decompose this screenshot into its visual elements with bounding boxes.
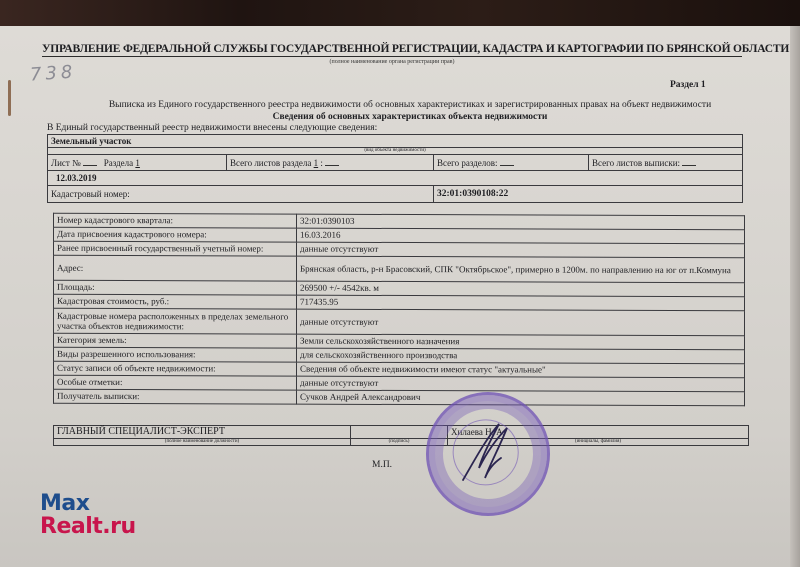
sheet-label: Лист № bbox=[51, 158, 81, 168]
row-label: Площадь: bbox=[54, 280, 297, 295]
row-value: Сведения об объекте недвижимости имеют с… bbox=[297, 362, 745, 378]
extract-title: Выписка из Единого государственного реес… bbox=[60, 100, 760, 110]
row-label: Ранее присвоенный государственный учетны… bbox=[54, 241, 297, 256]
official-position: ГЛАВНЫЙ СПЕЦИАЛИСТ-ЭКСПЕРТ bbox=[54, 426, 351, 439]
table-row: Адрес: Брянская область, р-н Брасовский,… bbox=[54, 255, 745, 282]
signoff-table: ГЛАВНЫЙ СПЕЦИАЛИСТ-ЭКСПЕРТ Хилаева Н. А.… bbox=[53, 425, 749, 446]
position-caption: (полное наименование должности) bbox=[54, 439, 351, 446]
watermark-line-2: Realt.ru bbox=[40, 515, 136, 538]
row-label: Номер кадастрового квартала: bbox=[54, 213, 297, 228]
total-sheets-section-cell: Всего листов раздела 1 : bbox=[227, 155, 434, 171]
object-type-caption: (вид объекта недвижимости) bbox=[48, 148, 743, 155]
total-sheets-section-value: 1 bbox=[314, 158, 319, 168]
staple-icon bbox=[8, 80, 11, 116]
section-number-label: Раздела bbox=[104, 158, 133, 168]
document-edge bbox=[790, 26, 800, 567]
cadastral-number-value: 32:01:0390108:22 bbox=[434, 186, 743, 203]
seal-placeholder-label: М.П. bbox=[372, 460, 392, 470]
details-table: Номер кадастрового квартала: 32:01:03901… bbox=[53, 213, 745, 406]
row-label: Категория земель: bbox=[54, 333, 297, 348]
total-sheets-section-label: Всего листов раздела bbox=[230, 158, 311, 168]
row-value: для сельскохозяйственного производства bbox=[297, 348, 745, 364]
watermark-logo: Max Realt.ru bbox=[40, 492, 136, 538]
extract-subtitle: Сведения об основных характеристиках объ… bbox=[60, 112, 760, 122]
section-label: Раздел 1 bbox=[670, 80, 706, 90]
cadastral-number-label: Кадастровый номер: bbox=[48, 186, 434, 203]
row-value: 717435.95 bbox=[297, 295, 745, 311]
row-label: Статус записи об объекте недвижимости: bbox=[54, 361, 297, 376]
row-label: Дата присвоения кадастрового номера: bbox=[54, 227, 297, 242]
row-value: Земли сельскохозяйственного назначения bbox=[297, 334, 745, 350]
handwritten-note: 738 bbox=[29, 61, 77, 85]
sheet-number-cell: Лист № Раздела 1 bbox=[48, 155, 227, 171]
row-value: 269500 +/- 4542кв. м bbox=[297, 281, 745, 297]
row-value: 32:01:0390103 bbox=[297, 214, 745, 230]
row-value: данные отсутствуют bbox=[297, 309, 745, 336]
table-row: Получатель выписки: Сучков Андрей Алекса… bbox=[54, 389, 745, 405]
agency-caption: (полное наименование органа регистрации … bbox=[42, 59, 742, 65]
intro-text: В Единый государственный реестр недвижим… bbox=[47, 123, 377, 133]
row-value: 16.03.2016 bbox=[297, 228, 745, 244]
object-header-table: Земельный участок (вид объекта недвижимо… bbox=[47, 134, 743, 203]
row-label: Получатель выписки: bbox=[54, 389, 297, 404]
total-sheets-extract-cell: Всего листов выписки: bbox=[589, 155, 743, 171]
total-sheets-extract-label: Всего листов выписки: bbox=[592, 158, 680, 168]
section-number-value: 1 bbox=[135, 158, 140, 168]
table-row: Кадастровые номера расположенных в преде… bbox=[54, 308, 745, 335]
row-label: Адрес: bbox=[54, 255, 297, 281]
watermark-line-1: Max bbox=[40, 492, 136, 515]
total-sections-cell: Всего разделов: bbox=[434, 155, 589, 171]
extract-date: 12.03.2019 bbox=[48, 171, 743, 186]
row-value: данные отсутствуют bbox=[297, 242, 745, 258]
row-label: Виды разрешенного использования: bbox=[54, 347, 297, 362]
total-sections-label: Всего разделов: bbox=[437, 158, 498, 168]
object-type: Земельный участок bbox=[48, 135, 743, 148]
row-value: данные отсутствуют bbox=[297, 376, 745, 392]
agency-name: УПРАВЛЕНИЕ ФЕДЕРАЛЬНОЙ СЛУЖБЫ ГОСУДАРСТВ… bbox=[42, 43, 742, 57]
signature-icon bbox=[455, 418, 515, 488]
row-label: Особые отметки: bbox=[54, 375, 297, 390]
row-label: Кадастровая стоимость, руб.: bbox=[54, 294, 297, 309]
row-value: Брянская область, р-н Брасовский, СПК "О… bbox=[297, 256, 745, 283]
row-label: Кадастровые номера расположенных в преде… bbox=[54, 308, 297, 334]
